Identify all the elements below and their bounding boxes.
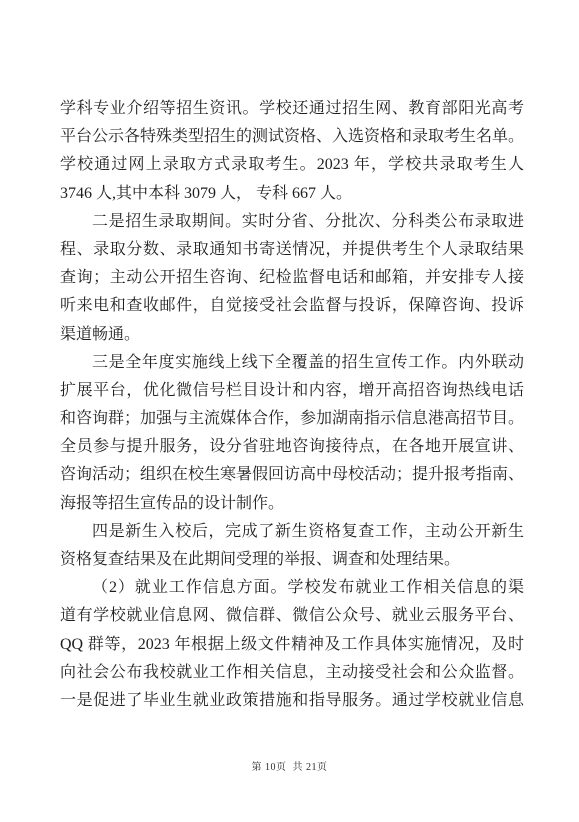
document-body-text: 学科专业介绍等招生资讯。学校还通过招生网、教育部阳光高考 平台公示各特殊类型招生… [60,95,524,715]
text-line: 听来电和查收邮件，自觉接受社会监督与投诉，保障咨询、投诉 [60,292,524,320]
text-line: QQ 群等，2023 年根据上级文件精神及工作具体实施情况，及时 [60,631,524,659]
text-line: 扩展平台，优化微信号栏目设计和内容，增开高招咨询热线电话 [60,377,524,405]
page-number-footer: 第 10页 共 21页 [0,760,579,776]
text-line: 海报等招生宣传品的设计制作。 [60,490,524,518]
text-line: 学科专业介绍等招生资讯。学校还通过招生网、教育部阳光高考 [60,95,524,123]
text-line: 平台公示各特殊类型招生的测试资格、入选资格和录取考生名单。 [60,123,524,151]
text-line: 二是招生录取期间。实时分省、分批次、分科类公布录取进 [60,208,524,236]
text-line: 和咨询群；加强与主流媒体合作，参加湖南指示信息港高招节目。 [60,405,524,433]
text-line: 渠道畅通。 [60,321,524,349]
text-line: 咨询活动；组织在校生寒暑假回访高中母校活动；提升报考指南、 [60,461,524,489]
text-line: 一是促进了毕业生就业政策措施和指导服务。通过学校就业信息 [60,687,524,715]
text-line: 程、录取分数、录取通知书寄送情况，并提供考生个人录取结果 [60,236,524,264]
text-line: 查询；主动公开招生咨询、纪检监督电话和邮箱，并安排专人接 [60,264,524,292]
document-page: 学科专业介绍等招生资讯。学校还通过招生网、教育部阳光高考 平台公示各特殊类型招生… [0,0,579,822]
text-line: 3746 人,其中本科 3079 人， 专科 667 人。 [60,180,524,208]
text-line: 四是新生入校后，完成了新生资格复查工作，主动公开新生 [60,518,524,546]
text-line: 资格复查结果及在此期间受理的举报、调查和处理结果。 [60,546,524,574]
text-line: 三是全年度实施线上线下全覆盖的招生宣传工作。内外联动 [60,349,524,377]
text-line: 学校通过网上录取方式录取考生。2023 年，学校共录取考生人 [60,151,524,179]
text-line: 道有学校就业信息网、微信群、微信公众号、就业云服务平台、 [60,602,524,630]
text-line: 全员参与提升服务，设分省驻地咨询接待点，在各地开展宣讲、 [60,433,524,461]
text-line: 向社会公布我校就业工作相关信息，主动接受社会和公众监督。 [60,659,524,687]
text-line: （2）就业工作信息方面。学校发布就业工作相关信息的渠 [60,574,524,602]
